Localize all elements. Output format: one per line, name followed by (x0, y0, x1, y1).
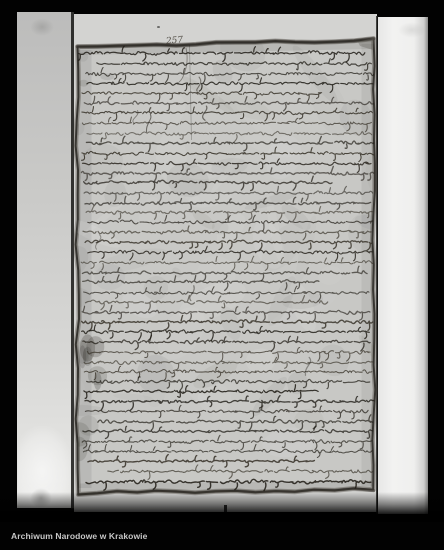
archive-scan-viewer: 257 Archiwum Narodowe w Krakowie (0, 0, 444, 550)
manuscript-page-render (0, 0, 444, 550)
archive-watermark-caption: Archiwum Narodowe w Krakowie (11, 531, 147, 542)
folio-number: 257 (166, 35, 184, 46)
bottom-shadow (0, 492, 444, 522)
